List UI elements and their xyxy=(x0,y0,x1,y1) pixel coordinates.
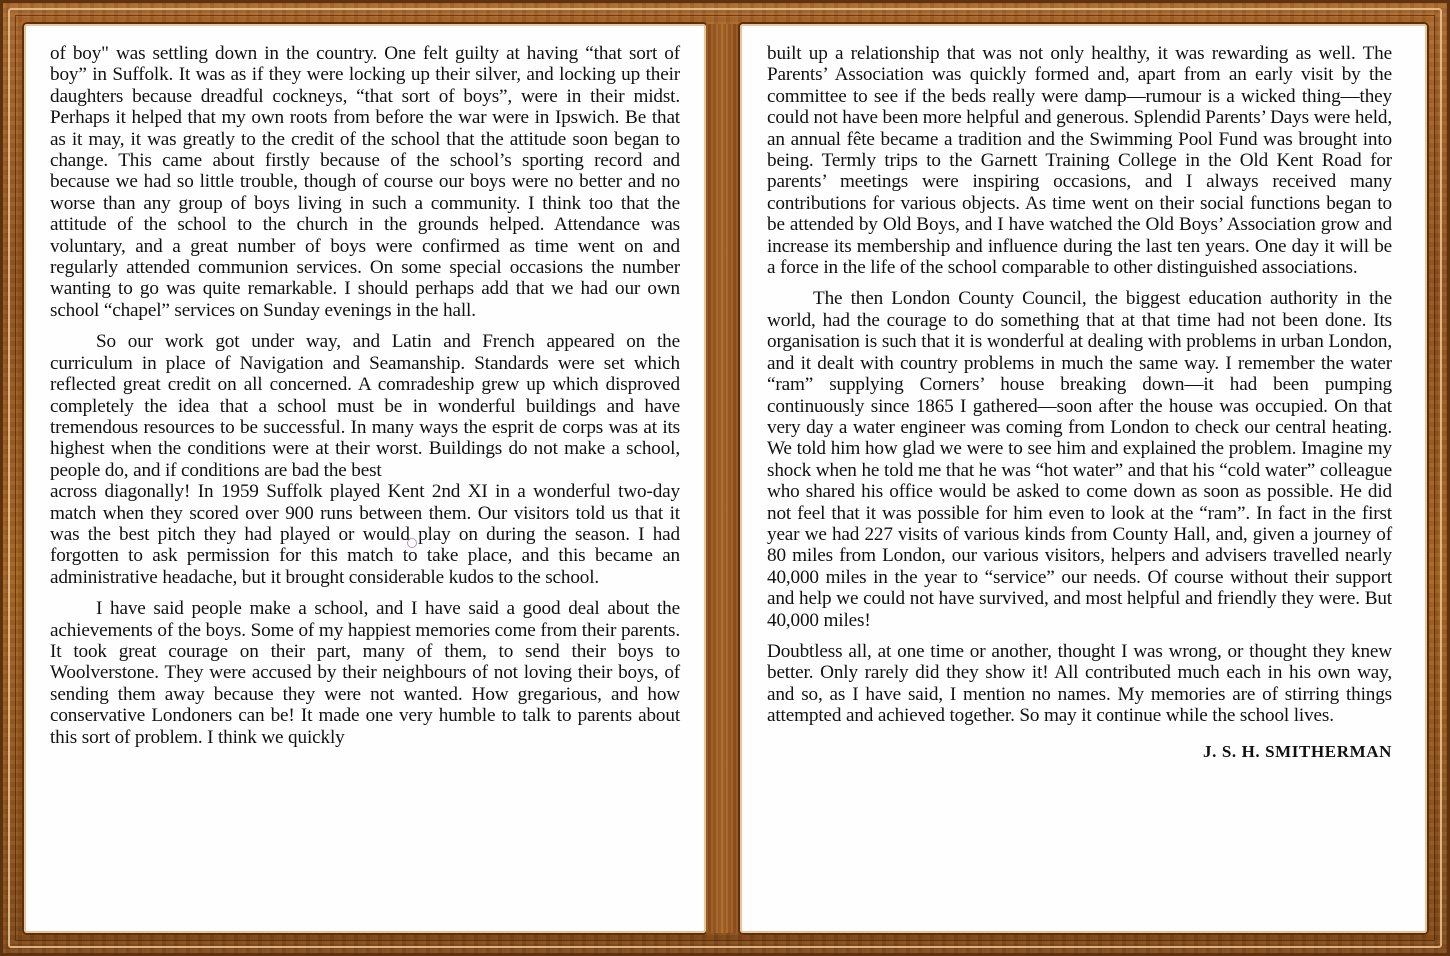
page-divider xyxy=(706,24,740,933)
left-paragraph-2: So our work got under way, and Latin and… xyxy=(50,331,680,481)
left-paragraph-4: I have said people make a school, and I … xyxy=(50,598,680,748)
cursor-ring-icon xyxy=(407,538,417,548)
right-page: built up a relationship that was not onl… xyxy=(740,24,1427,933)
right-paragraph-2: The then London County Council, the bigg… xyxy=(767,288,1392,631)
right-paragraph-1: built up a relationship that was not onl… xyxy=(767,43,1392,278)
left-paragraph-3: across diagonally! In 1959 Suffolk playe… xyxy=(50,481,680,588)
right-paragraph-3: Doubtless all, at one time or another, t… xyxy=(767,641,1392,727)
left-page: of boy" was settling down in the country… xyxy=(24,24,706,933)
author-signature: J. S. H. SMITHERMAN xyxy=(767,741,1392,762)
left-paragraph-1: of boy" was settling down in the country… xyxy=(50,43,680,321)
